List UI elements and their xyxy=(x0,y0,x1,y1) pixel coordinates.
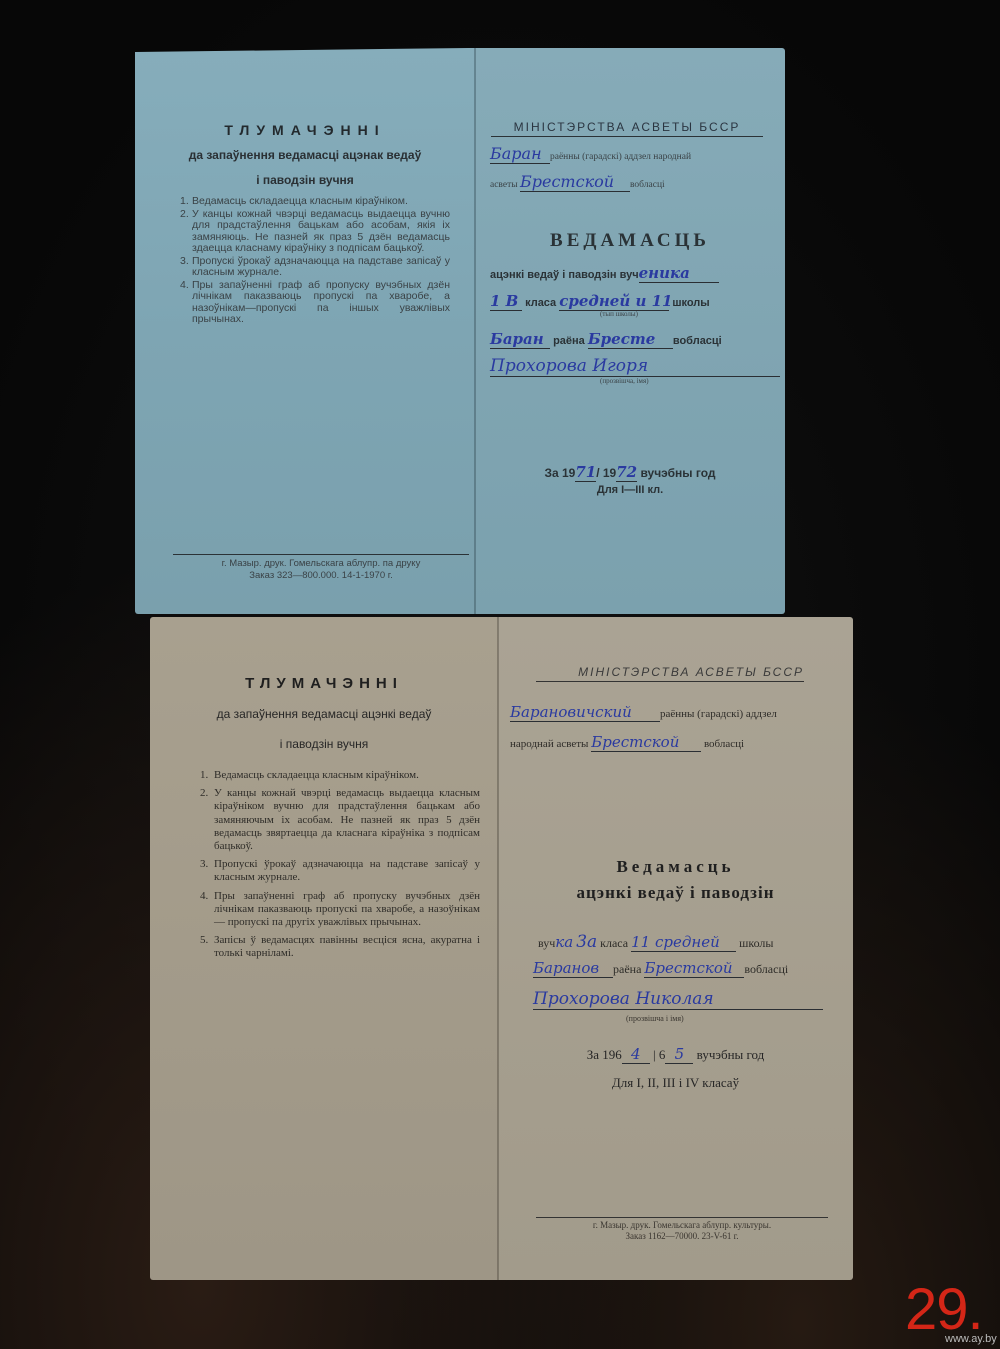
blue-left-page: ТЛУМАЧЭННІ да запаўнення ведамасці ацэна… xyxy=(135,48,475,614)
raion-oblast-line: Баран раёна Брестевобласці xyxy=(490,330,722,349)
instruction-item: 1.Ведамасць складаецца класным кіраўніко… xyxy=(180,196,450,208)
name-caption: (прозвішча, імя) xyxy=(600,377,649,385)
region-line: асветы Брестскойвобласці xyxy=(490,172,665,192)
fold-crease xyxy=(474,48,476,614)
instruction-item: 3.Пропускі ўрокаў адзначаюцца на падстав… xyxy=(180,256,450,279)
instruction-item: 3.Пропускі ўрокаў адзначаюцца на падстав… xyxy=(200,858,480,884)
instructions-subtitle: да запаўнення ведамасці ацэнак ведаў xyxy=(135,148,475,162)
student-name-line: Прохорова Николая xyxy=(533,989,823,1010)
name-caption: (прозвішча і імя) xyxy=(626,1014,684,1023)
instructions-list: 1.Ведамасць складаецца класным кіраўніко… xyxy=(180,196,450,327)
instruction-item: 5.Запісы ў ведамасцях павінны весціся яс… xyxy=(200,934,480,960)
footer-divider xyxy=(536,1217,828,1218)
instructions-subtitle-2: і паводзін вучня xyxy=(135,173,475,187)
instructions-subtitle-2: і паводзін вучня xyxy=(150,737,498,751)
ministry-header: МІНІСТЭРСТВА АСВЕТЫ БССР xyxy=(536,665,804,682)
grade-school-line: вучка 3а класа 11 средней школы xyxy=(538,932,773,952)
instruction-item: 4.Пры запаўненні граф аб пропуску вучэбн… xyxy=(200,890,480,930)
student-type-line: ацэнкі ведаў і паводзін вученика xyxy=(490,264,719,283)
report-subheading: ацэнкі ведаў і паводзін xyxy=(498,883,853,903)
school-type-caption: (тып школы) xyxy=(600,310,638,318)
watermark: www.ay.by xyxy=(945,1333,997,1345)
instructions-title: ТЛУМАЧЭННІ xyxy=(135,122,475,138)
beige-report-card: ТЛУМАЧЭННІ да запаўнення ведамасці ацэнк… xyxy=(150,617,853,1280)
footer-divider xyxy=(173,554,469,555)
grades-range: Для I—III кл. xyxy=(475,484,785,496)
school-year-line: За 1964 | 65 вучэбны год xyxy=(498,1045,853,1064)
beige-left-page: ТЛУМАЧЭННІ да запаўнення ведамасці ацэнк… xyxy=(150,617,498,1280)
instruction-item: 1.Ведамасць складаецца класным кіраўніко… xyxy=(200,769,480,782)
blue-right-page: МІНІСТЭРСТВА АСВЕТЫ БССР Бaранраённы (га… xyxy=(475,48,785,614)
report-heading: ВЕДАМАСЦЬ xyxy=(475,230,785,252)
district-line: Барановичскийраённы (гарадскі) аддзел xyxy=(510,703,777,722)
blue-report-card: ТЛУМАЧЭННІ да запаўнення ведамасці ацэна… xyxy=(135,48,785,614)
printer-order: Заказ 323—800.000. 14-1-1970 г. xyxy=(173,570,469,581)
grades-range: Для I, II, III і IV класаў xyxy=(498,1075,853,1091)
printer-imprint: г. Мазыр. друк. Гомельскага аблупр. куль… xyxy=(536,1220,828,1230)
school-year-line: За 1971/ 1972 вучэбны год xyxy=(475,463,785,482)
fold-crease xyxy=(497,617,499,1280)
ministry-header: МІНІСТЭРСТВА АСВЕТЫ БССР xyxy=(491,120,763,137)
instruction-item: 2.У канцы кожнай чвэрці ведамасць выдаец… xyxy=(180,209,450,255)
instruction-item: 2.У канцы кожнай чвэрці ведамасць выдаец… xyxy=(200,787,480,853)
instructions-title: ТЛУМАЧЭННІ xyxy=(150,675,498,692)
instructions-list: 1.Ведамасць складаецца класным кіраўніко… xyxy=(200,769,480,966)
printer-order: Заказ 1162—70000. 23-V-61 г. xyxy=(536,1231,828,1241)
grade-school-line: 1 В класа средней и 11 школы xyxy=(490,292,710,311)
beige-right-page: МІНІСТЭРСТВА АСВЕТЫ БССР Барановичскийра… xyxy=(498,617,853,1280)
region-line: народнай асветы Брестской вобласці xyxy=(510,733,744,752)
district-line: Бaранраённы (гарадскі) аддзел народнай xyxy=(490,144,691,164)
printer-imprint: г. Мазыр. друк. Гомельскага аблупр. па д… xyxy=(173,558,469,569)
instruction-item: 4.Пры запаўненні граф аб пропуску вучэбн… xyxy=(180,280,450,326)
report-heading: Ведамасць xyxy=(498,857,853,877)
instructions-subtitle: да запаўнення ведамасці ацэнкі ведаў xyxy=(150,707,498,721)
student-name-line: Прохорова Игоря xyxy=(490,356,780,377)
raion-oblast-line: Барановраёна Брестскойвобласці xyxy=(533,959,788,978)
